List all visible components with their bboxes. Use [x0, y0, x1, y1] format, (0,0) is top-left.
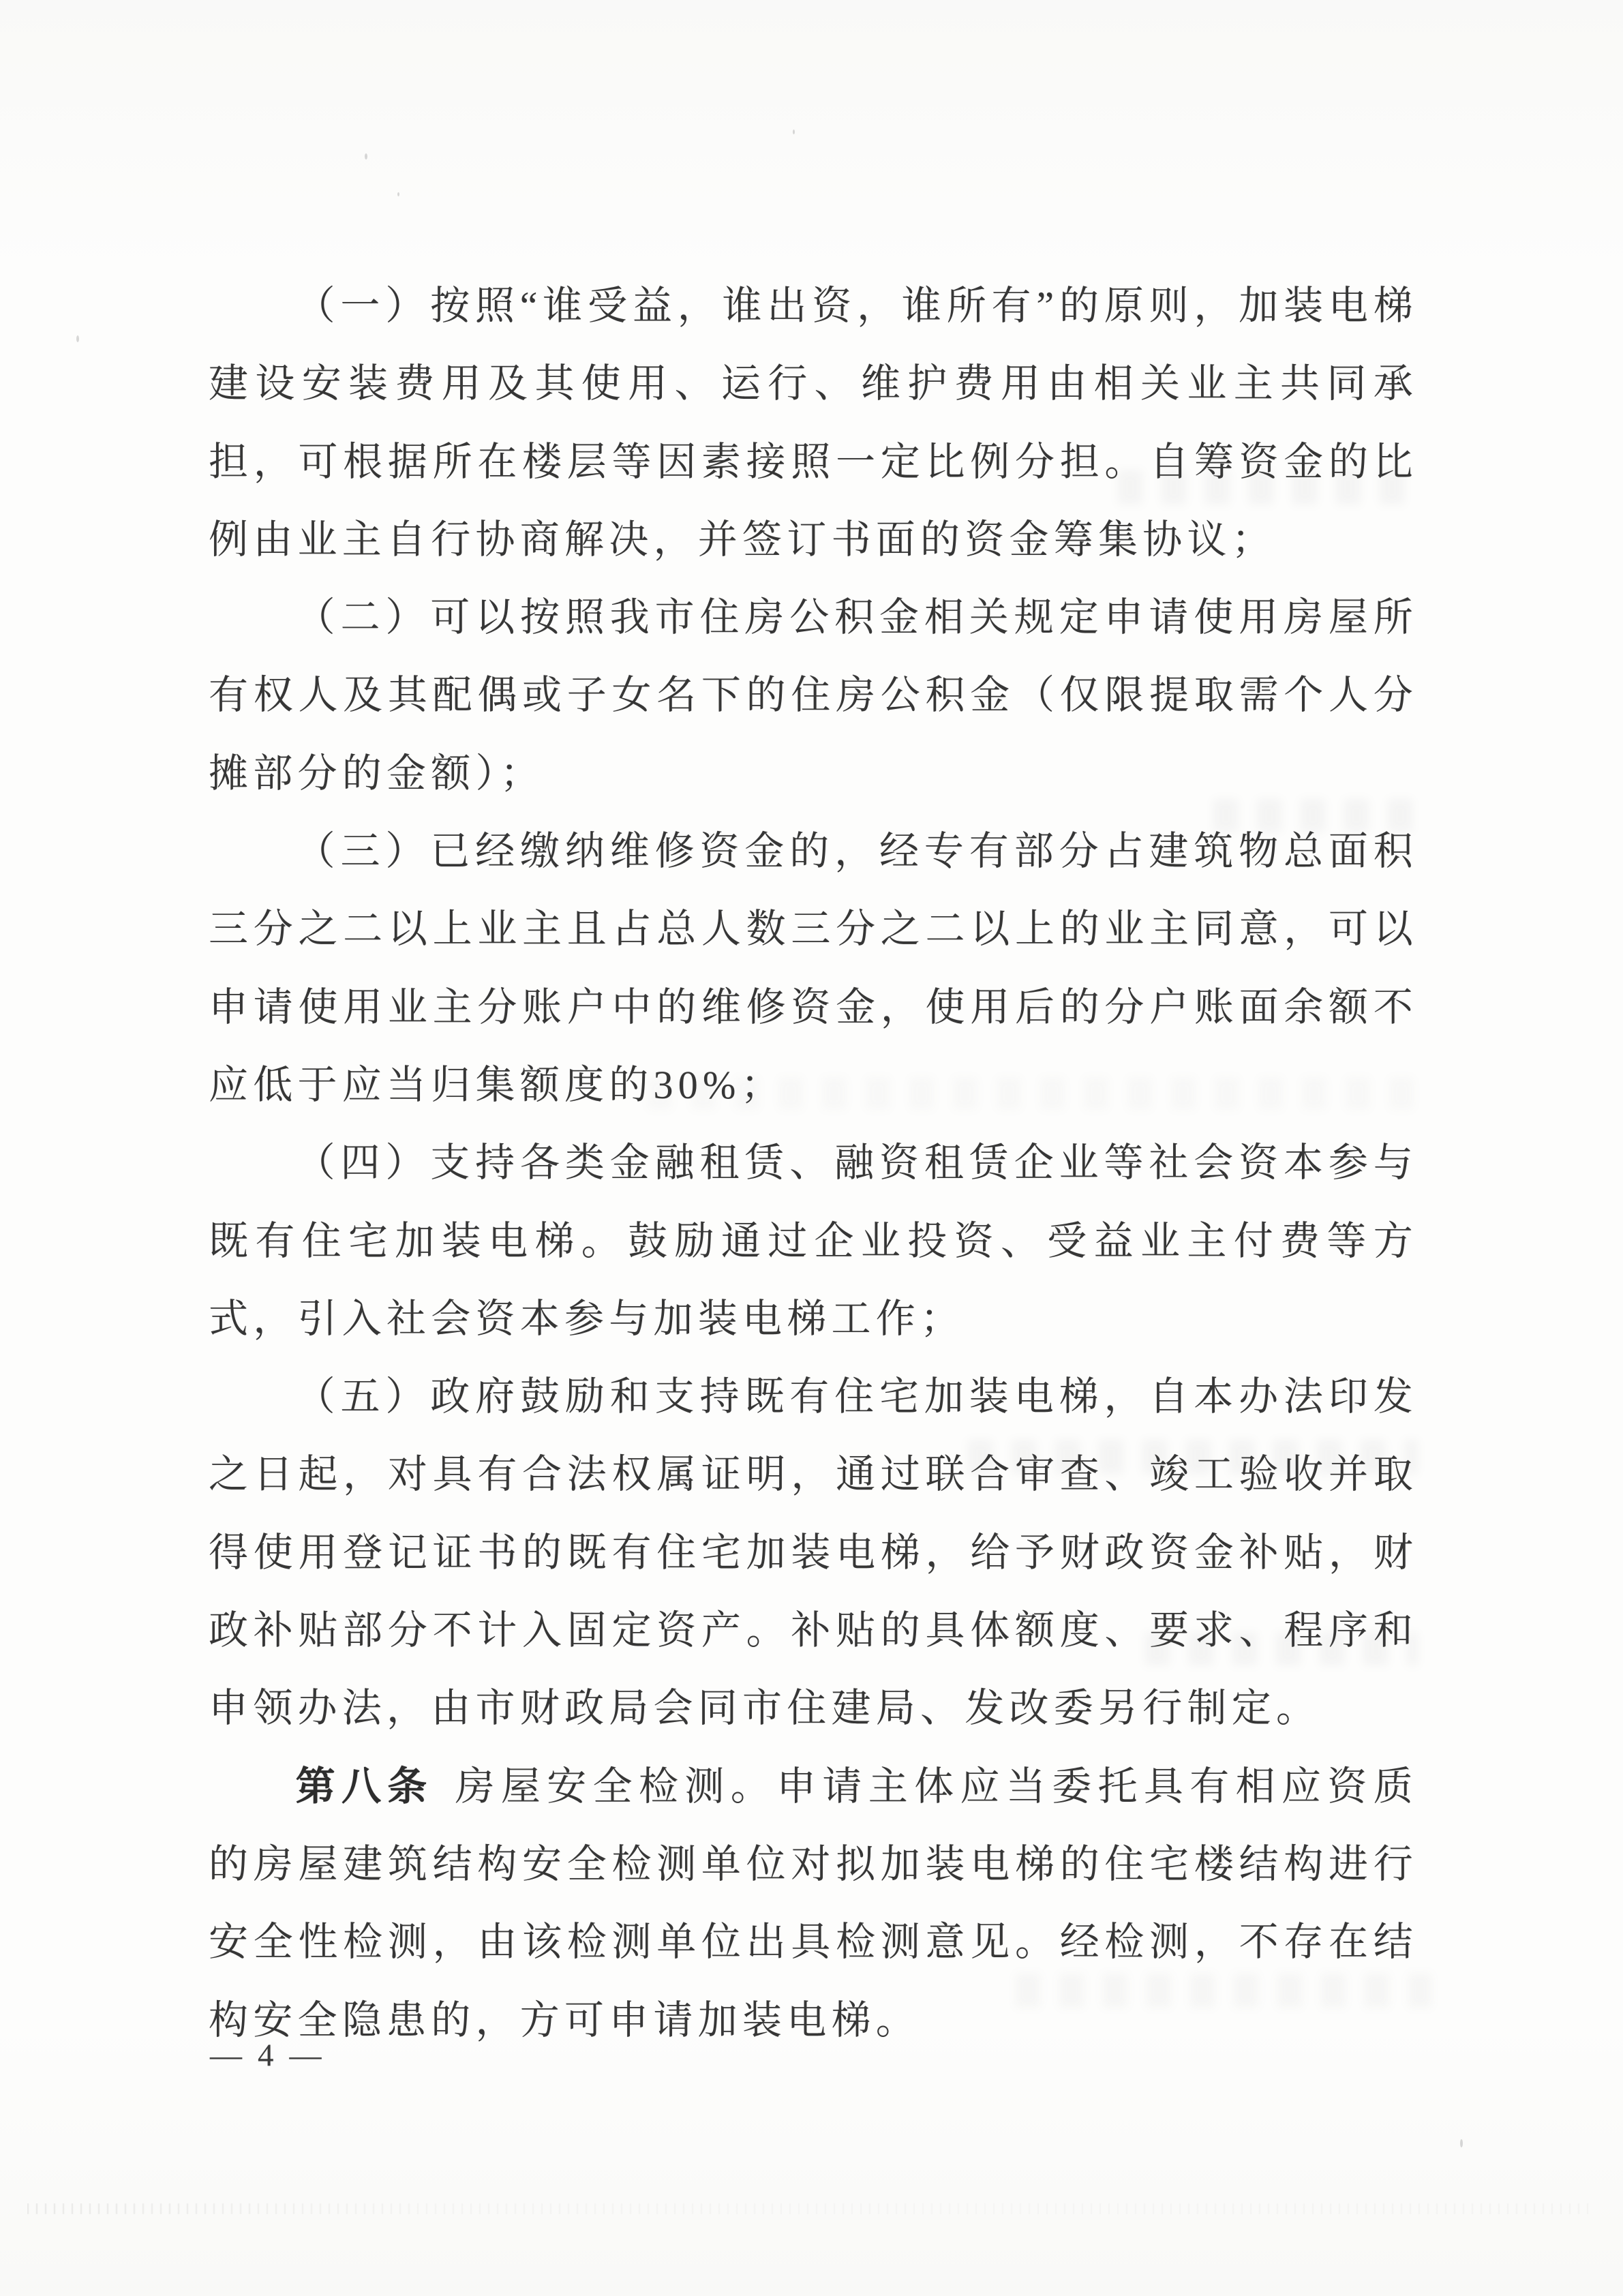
scan-speck: [365, 153, 367, 160]
article-8-paragraph: 第八条房屋安全检测。申请主体应当委托具有相应资质的房屋建筑结构安全检测单位对拟加…: [209, 1748, 1418, 2059]
scan-speck: [793, 130, 795, 134]
clause-item-1: （一）按照“谁受益，谁出资，谁所有”的原则，加装电梯建设安装费用及其使用、运行、…: [209, 267, 1418, 579]
clause-item-5: （五）政府鼓励和支持既有住宅加装电梯，自本办法印发之日起，对具有合法权属证明，通…: [209, 1358, 1418, 1747]
scan-speck: [397, 192, 399, 196]
clause-item-2: （二）可以按照我市住房公积金相关规定申请使用房屋所有权人及其配偶或子女名下的住房…: [209, 579, 1418, 813]
scan-speck: [1460, 2139, 1463, 2147]
scan-noise-band: [27, 2203, 1595, 2214]
scan-speck: [76, 335, 79, 342]
scanned-document-page: { "document": { "paragraphs": [ { "text"…: [0, 0, 1623, 2296]
page-number: — 4 —: [210, 2037, 325, 2074]
document-body: （一）按照“谁受益，谁出资，谁所有”的原则，加装电梯建设安装费用及其使用、运行、…: [209, 267, 1418, 2059]
clause-item-4: （四）支持各类金融租赁、融资租赁企业等社会资本参与既有住宅加装电梯。鼓励通过企业…: [209, 1124, 1418, 1358]
article-8-number: 第八条: [296, 1764, 434, 1809]
clause-item-3: （三）已经缴纳维修资金的，经专有部分占建筑物总面积三分之二以上业主且占总人数三分…: [209, 813, 1418, 1124]
